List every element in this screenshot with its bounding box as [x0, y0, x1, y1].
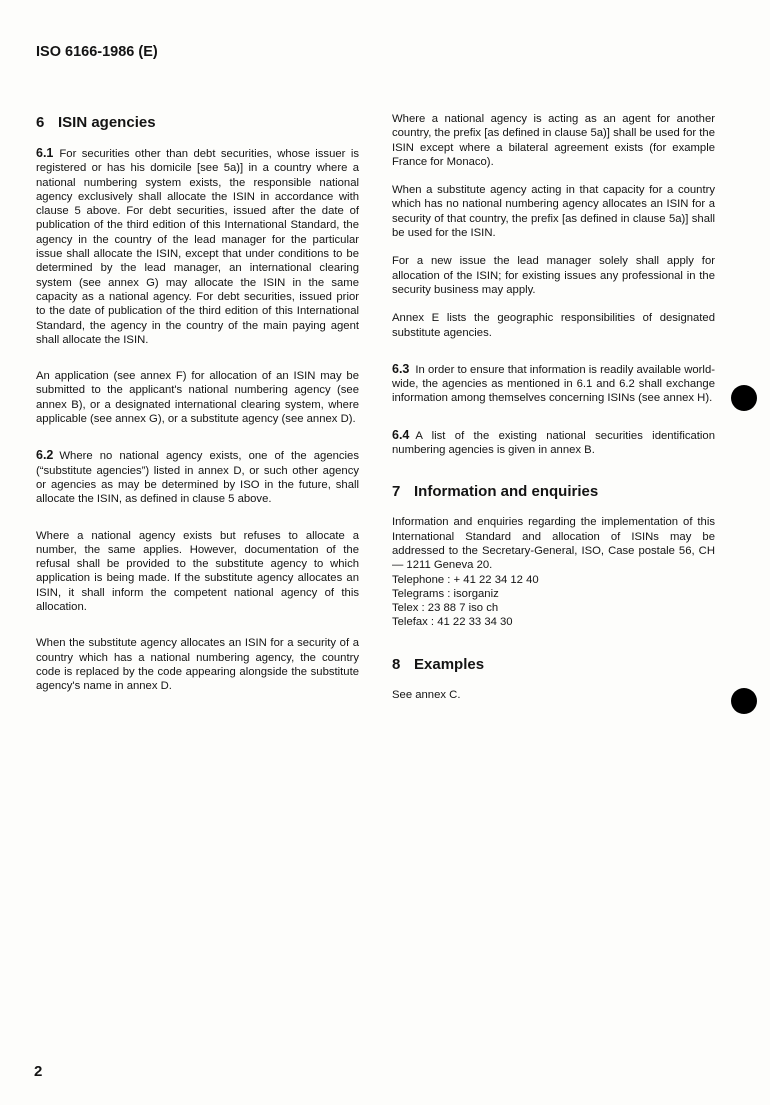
- punch-hole-mark-icon: [731, 688, 757, 714]
- section-title: Information and enquiries: [414, 483, 598, 500]
- clause-number: 6.4: [392, 428, 409, 442]
- document-header: ISO 6166-1986 (E): [36, 44, 158, 60]
- paragraph-annex-e: Annex E lists the geographic responsibil…: [392, 311, 715, 340]
- paragraph-text: Where no national agency exists, one of …: [36, 450, 359, 505]
- punch-hole-mark-icon: [731, 385, 757, 411]
- section-8-heading: 8Examples: [392, 656, 715, 674]
- telegrams: Telegrams : isorganiz: [392, 587, 715, 601]
- paragraph-6-1: 6.1For securities other than debt securi…: [36, 146, 359, 347]
- paragraph-6-4: 6.4A list of the existing national secur…: [392, 428, 715, 458]
- clause-number: 6.1: [36, 146, 53, 160]
- left-column: 6ISIN agencies 6.1For securities other t…: [36, 114, 359, 694]
- paragraph-text: A list of the existing national securiti…: [392, 430, 715, 456]
- section-title: Examples: [414, 656, 484, 673]
- page-number: 2: [34, 1063, 42, 1080]
- section-number: 8: [392, 656, 414, 674]
- telex: Telex : 23 88 7 iso ch: [392, 601, 715, 615]
- section-number: 7: [392, 483, 414, 501]
- paragraph-6-2: 6.2Where no national agency exists, one …: [36, 448, 359, 506]
- paragraph-agent: Where a national agency is acting as an …: [392, 112, 715, 169]
- section-7-heading: 7Information and enquiries: [392, 483, 715, 501]
- paragraph-text: In order to ensure that information is r…: [392, 364, 715, 405]
- examples-text: See annex C.: [392, 688, 715, 702]
- telefax: Telefax : 41 22 33 34 30: [392, 615, 715, 629]
- clause-number: 6.3: [392, 362, 409, 376]
- paragraph-6-3: 6.3In order to ensure that information i…: [392, 362, 715, 406]
- telephone: Telephone : + 41 22 34 12 40: [392, 573, 715, 587]
- right-column: Where a national agency is acting as an …: [392, 112, 715, 702]
- enquiries-text: Information and enquiries regarding the …: [392, 515, 715, 572]
- paragraph-refusal: Where a national agency exists but refus…: [36, 529, 359, 615]
- paragraph-new-issue: For a new issue the lead manager solely …: [392, 254, 715, 297]
- section-6-heading: 6ISIN agencies: [36, 114, 359, 132]
- paragraph-substitute-prefix: When a substitute agency acting in that …: [392, 183, 715, 240]
- paragraph-text: For securities other than debt securitie…: [36, 148, 359, 346]
- clause-number: 6.2: [36, 448, 53, 462]
- paragraph-application: An application (see annex F) for allocat…: [36, 369, 359, 426]
- section-number: 6: [36, 114, 58, 132]
- paragraph-substitute-code: When the substitute agency allocates an …: [36, 636, 359, 693]
- contact-block: Information and enquiries regarding the …: [392, 515, 715, 629]
- section-title: ISIN agencies: [58, 114, 156, 131]
